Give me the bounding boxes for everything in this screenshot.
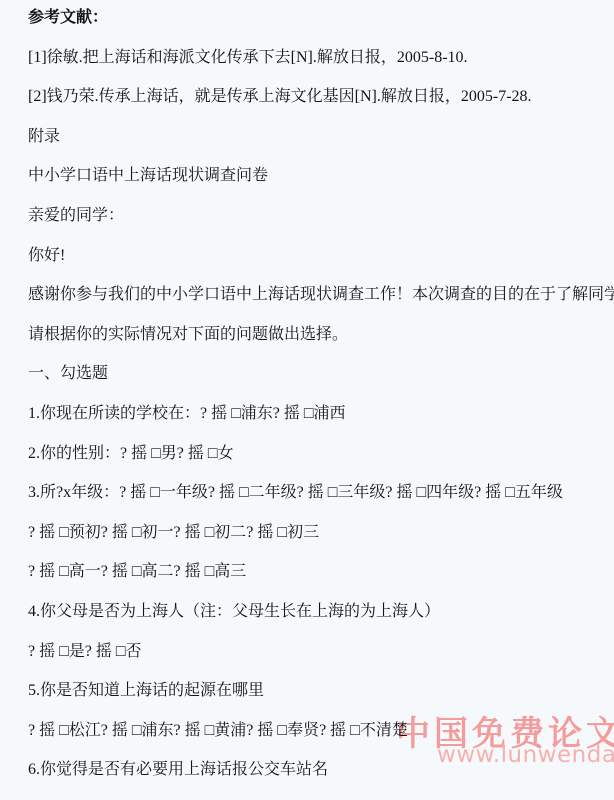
reference-item: [2]钱乃荣.传承上海话，就是传承上海文化基因[N].解放日报，2005-7-2… <box>28 87 614 127</box>
question-line: 5.你是否知道上海话的起源在哪里 <box>28 681 614 721</box>
instruction-text: 请根据你的实际情况对下面的问题做出选择。 <box>28 325 614 365</box>
option-line: ? 摇 □高一? 摇 □高二? 摇 □高三 <box>28 562 614 602</box>
option-line: ? 摇 □是? 摇 □否 <box>28 642 614 682</box>
question-line: 1.你现在所读的学校在：? 摇 □浦东? 摇 □浦西 <box>28 404 614 444</box>
question-line: 2.你的性别：? 摇 □男? 摇 □女 <box>28 444 614 484</box>
references-heading: 参考文献： <box>28 8 614 48</box>
section-heading: 一、勾选题 <box>28 364 614 404</box>
question-line: 3.所?x年级：? 摇 □一年级? 摇 □二年级? 摇 □三年级? 摇 □四年级… <box>28 483 614 523</box>
question-line: 4.你父母是否为上海人（注：父母生长在上海的为上海人） <box>28 602 614 642</box>
option-line: ? 摇 □松江? 摇 □浦东? 摇 □黄浦? 摇 □奉贤? 摇 □不清楚 <box>28 721 614 761</box>
document-page: { "page": { "background_color": "#f5f9fc… <box>0 0 614 800</box>
reference-item: [1]徐敏.把上海话和海派文化传承下去[N].解放日报，2005-8-10. <box>28 48 614 88</box>
appendix-label: 附录 <box>28 127 614 167</box>
greeting: 你好! <box>28 246 614 286</box>
question-line: 6.你觉得是否有必要用上海话报公交车站名 <box>28 760 614 800</box>
document-body: 参考文献： [1]徐敏.把上海话和海派文化传承下去[N].解放日报，2005-8… <box>0 0 614 800</box>
salutation: 亲爱的同学： <box>28 206 614 246</box>
option-line: ? 摇 □预初? 摇 □初一? 摇 □初二? 摇 □初三 <box>28 523 614 563</box>
intro-text: 感谢你参与我们的中小学口语中上海话现状调查工作！本次调查的目的在于了解同学 <box>28 285 614 325</box>
questionnaire-title: 中小学口语中上海话现状调查问卷 <box>28 166 614 206</box>
